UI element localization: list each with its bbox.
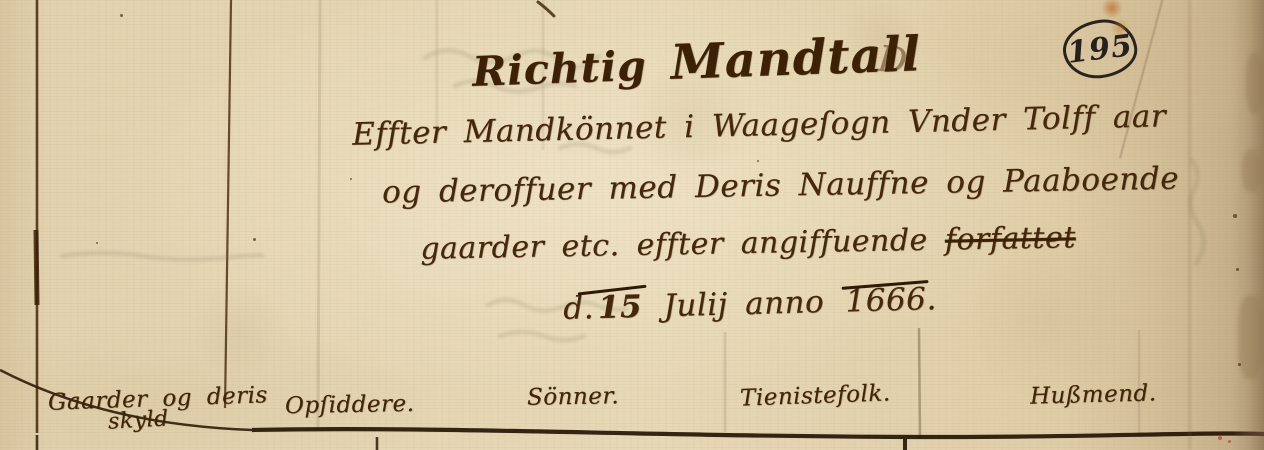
ink-speck (120, 14, 123, 17)
ink-speck (1236, 268, 1239, 271)
column-header-husmend: Hußmend. (1030, 380, 1157, 409)
ink-speck (1233, 214, 1237, 218)
ink-speck (96, 242, 98, 244)
paper-crease-vertical (1188, 0, 1191, 450)
ink-speck (253, 238, 256, 241)
date-suffix: . (926, 281, 937, 317)
subtitle-line-2: og deroffuer med Deris Nauffne og Paaboe… (382, 161, 1131, 210)
showthrough-line (318, 0, 320, 430)
showthrough-line (919, 328, 920, 438)
subtitle-line-1: Effter Mandkönnet i Waageſogn Vnder Tolf… (352, 99, 1121, 152)
header-rule (252, 429, 1264, 437)
edge-wear-patch (1242, 150, 1262, 192)
document-title: Richtig Mandtall (471, 26, 922, 98)
struck-word-forfattet: forfattet (945, 220, 1077, 257)
ink-speck (350, 178, 352, 180)
column-rule-second (225, 0, 231, 408)
column-header-sonner: Sönner. (527, 383, 620, 411)
subtitle-line-3: gaarder etc. effter angiffuende forfatte… (378, 220, 1118, 268)
date-year: 1666 (845, 281, 927, 319)
edge-wear-patch (1238, 295, 1264, 379)
red-speck (1228, 440, 1231, 443)
page-number: 195 (1065, 28, 1134, 71)
page-number-stamp: 195 (1060, 16, 1141, 83)
column-header-opsiddere: Opſiddere. (285, 391, 415, 419)
stray-ink-tick (538, 2, 554, 16)
title-word-richtig: Richtig (471, 42, 647, 96)
date-day: 15 (597, 289, 642, 326)
date-line: d.15 Julij anno 1666. (530, 280, 971, 328)
column-header-tienistefolk: Tienistefolk. (740, 380, 891, 411)
date-prefix: d. (563, 290, 595, 327)
edge-wear-patch (1246, 52, 1264, 114)
date-month: Julij anno (663, 284, 825, 324)
ink-speck (757, 160, 759, 162)
manuscript-page: 195 D Richtig Mandtall Effter Mandkönnet… (0, 0, 1264, 450)
title-word-mandtall: Mandtall (670, 26, 922, 91)
ink-speck (1238, 363, 1241, 366)
subtitle-line-3-text: gaarder etc. effter angiffuende (420, 223, 928, 267)
column-rule-left-blot (36, 230, 37, 305)
red-speck (1218, 436, 1222, 440)
column-header-gaarder-line2: skyld (107, 406, 169, 434)
